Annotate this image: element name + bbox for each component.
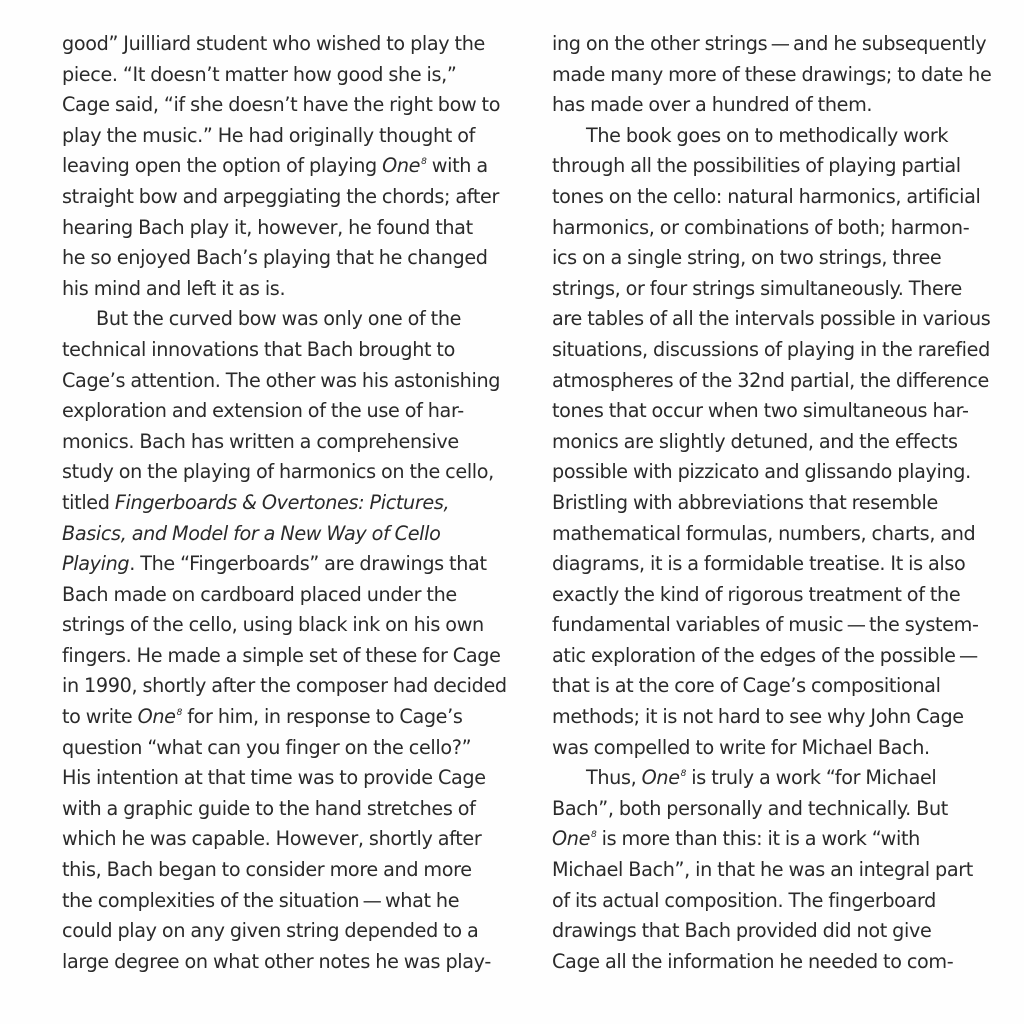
text-line: Michael Bach”, in that he was an integra… [552, 855, 1022, 886]
text-line: Basics, and Model for a New Way of Cello [62, 519, 522, 550]
paragraph-start-line: But the curved bow was only one of the [62, 304, 522, 335]
text-line: with a graphic guide to the hand stretch… [62, 794, 522, 825]
right-text-column: ing on the other strings — and he subseq… [552, 29, 1022, 977]
text-line: tones on the cello: natural harmonics, a… [552, 182, 1022, 213]
text-line: Bach made on cardboard placed under the [62, 580, 522, 611]
text-line: in 1990, shortly after the composer had … [62, 671, 522, 702]
text-line: Bach”, both personally and technically. … [552, 794, 1022, 825]
text-line: are tables of all the intervals possible… [552, 304, 1022, 335]
work-title: One [642, 766, 680, 789]
text-line: Playing. The “Fingerboards” are drawings… [62, 549, 522, 580]
left-text-column: good” Juilliard student who wished to pl… [62, 29, 522, 977]
text-fragment: is truly a work “for Michael [686, 766, 936, 789]
text-line: ing on the other strings — and he subseq… [552, 29, 1022, 60]
text-line: situations, discussions of playing in th… [552, 335, 1022, 366]
text-line: piece. “It doesn’t matter how good she i… [62, 60, 522, 91]
text-line: ics on a single string, on two strings, … [552, 243, 1022, 274]
text-fragment: for him, in response to Cage’s [182, 705, 463, 728]
text-line: straight bow and arpeggiating the chords… [62, 182, 522, 213]
text-line: monics are slightly detuned, and the eff… [552, 427, 1022, 458]
text-line: methods; it is not hard to see why John … [552, 702, 1022, 733]
text-line: diagrams, it is a formidable treatise. I… [552, 549, 1022, 580]
text-line: drawings that Bach provided did not give [552, 916, 1022, 947]
text-line: was compelled to write for Michael Bach. [552, 733, 1022, 764]
text-line: hearing Bach play it, however, he found … [62, 213, 522, 244]
book-title: Fingerboards & Overtones: Pictures, [115, 491, 449, 514]
text-line: fingers. He made a simple set of these f… [62, 641, 522, 672]
text-line: exploration and extension of the use of … [62, 396, 522, 427]
text-fragment: leaving open the option of playing [62, 154, 382, 177]
text-line: tones that occur when two simultaneous h… [552, 396, 1022, 427]
text-line: good” Juilliard student who wished to pl… [62, 29, 522, 60]
text-line: has made over a hundred of them. [552, 90, 1022, 121]
text-line: Bristling with abbreviations that resemb… [552, 488, 1022, 519]
book-page: good” Juilliard student who wished to pl… [0, 0, 1024, 1024]
text-line: play the music.” He had originally thoug… [62, 121, 522, 152]
text-line: atmospheres of the 32nd partial, the dif… [552, 366, 1022, 397]
text-line: study on the playing of harmonics on the… [62, 457, 522, 488]
text-line: possible with pizzicato and glissando pl… [552, 457, 1022, 488]
text-line: strings of the cello, using black ink on… [62, 610, 522, 641]
text-line: Cage said, “if she doesn’t have the righ… [62, 90, 522, 121]
text-line: this, Bach began to consider more and mo… [62, 855, 522, 886]
text-line: strings, or four strings simultaneously.… [552, 274, 1022, 305]
text-line: exactly the kind of rigorous treatment o… [552, 580, 1022, 611]
text-fragment: titled [62, 491, 115, 514]
text-line: large degree on what other notes he was … [62, 947, 522, 978]
work-title: One [138, 705, 176, 728]
paragraph-start-line: The book goes on to methodically work [552, 121, 1022, 152]
text-line: that is at the core of Cage’s compositio… [552, 671, 1022, 702]
text-line: the complexities of the situation — what… [62, 886, 522, 917]
paragraph-start-line: Thus, One8 is truly a work “for Michael [552, 763, 1022, 794]
text-fragment: to write [62, 705, 138, 728]
text-fragment: with a [427, 154, 488, 177]
text-line: he so enjoyed Bach’s playing that he cha… [62, 243, 522, 274]
work-title: One [382, 154, 420, 177]
text-line: monics. Bach has written a comprehensive [62, 427, 522, 458]
text-line: harmonics, or combinations of both; harm… [552, 213, 1022, 244]
text-line: Cage all the information he needed to co… [552, 947, 1022, 978]
text-line: question “what can you finger on the cel… [62, 733, 522, 764]
text-line: through all the possibilities of playing… [552, 151, 1022, 182]
text-line: to write One8 for him, in response to Ca… [62, 702, 522, 733]
text-line: of its actual composition. The fingerboa… [552, 886, 1022, 917]
book-title: Playing [62, 552, 129, 575]
text-line: mathematical formulas, numbers, charts, … [552, 519, 1022, 550]
text-line: technical innovations that Bach brought … [62, 335, 522, 366]
text-line: could play on any given string depended … [62, 916, 522, 947]
text-line: his mind and left it as is. [62, 274, 522, 305]
text-fragment: is more than this: it is a work “with [596, 827, 920, 850]
text-line: His intention at that time was to provid… [62, 763, 522, 794]
text-line: leaving open the option of playing One8 … [62, 151, 522, 182]
text-line: atic exploration of the edges of the pos… [552, 641, 1022, 672]
text-line: titled Fingerboards & Overtones: Picture… [62, 488, 522, 519]
text-fragment: . The “Fingerboards” are drawings that [129, 552, 486, 575]
book-title: Basics, and Model for a New Way of Cello [62, 522, 441, 545]
text-line: made many more of these drawings; to dat… [552, 60, 1022, 91]
text-line: Cage’s attention. The other was his asto… [62, 366, 522, 397]
text-line: One8 is more than this: it is a work “wi… [552, 824, 1022, 855]
text-line: fundamental variables of music — the sys… [552, 610, 1022, 641]
text-line: which he was capable. However, shortly a… [62, 824, 522, 855]
work-title: One [552, 827, 590, 850]
text-fragment: Thus, [586, 766, 642, 789]
